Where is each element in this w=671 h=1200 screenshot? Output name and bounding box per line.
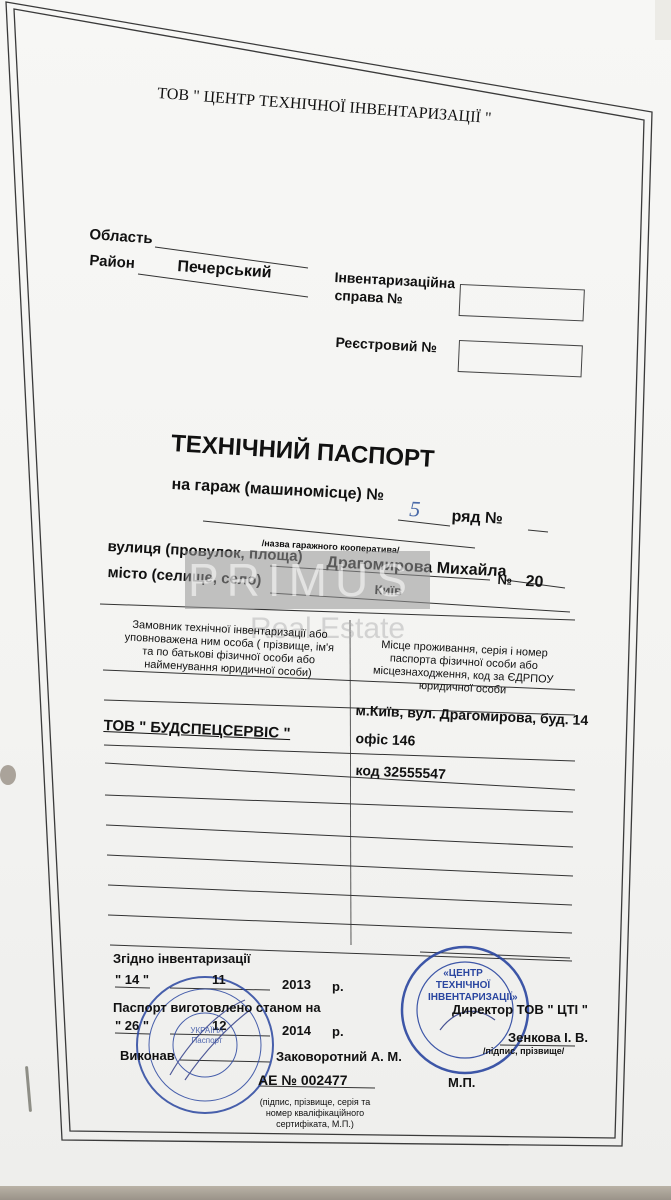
inventory-year-suffix: р. <box>332 979 344 994</box>
house-no-value: 20 <box>525 573 544 592</box>
left-stamp-text: УКРАЇНА Паспорт <box>182 1026 232 1046</box>
executor-caption: (підпис, прізвище, серія та номер кваліф… <box>250 1097 380 1130</box>
row-label: ряд № <box>451 508 503 529</box>
seal-label: М.П. <box>448 1075 475 1090</box>
inventory-month: 11 <box>212 972 226 987</box>
inventory-label: Згідно інвентаризації <box>113 951 251 966</box>
desk-surface <box>0 1186 671 1200</box>
watermark-brand: PRIMUS <box>188 553 415 607</box>
passport-year: 2014 <box>282 1023 311 1038</box>
passport-year-suffix: р. <box>332 1024 344 1039</box>
certificate-number: АЕ № 002477 <box>258 1072 348 1088</box>
director-caption: /підпис, прізвище/ <box>483 1046 564 1056</box>
garage-number: 5 <box>409 496 421 523</box>
registry-field[interactable] <box>458 340 583 377</box>
inventory-case-field[interactable] <box>459 284 585 321</box>
executor-name: Заковоротний А. М. <box>276 1049 402 1064</box>
director-label: Директор ТОВ " ЦТІ " <box>452 1002 588 1017</box>
inventory-year: 2013 <box>282 977 311 992</box>
table-header-address: Місце проживання, серія і номер паспорта… <box>362 638 564 700</box>
director-name: Зенкова І. В. <box>508 1030 588 1045</box>
executed-label: Виконав <box>120 1048 175 1063</box>
passport-label: Паспорт виготовлено станом на <box>113 1000 321 1015</box>
district-label: Район <box>89 252 136 272</box>
right-stamp-text: «ЦЕНТР ТЕХНІЧНОЇ ІНВЕНТАРИЗАЦІЇ» <box>428 968 498 1004</box>
inventory-day: " 14 " <box>115 972 149 987</box>
passport-day: " 26 " <box>115 1018 149 1033</box>
address-line-2: офіс 146 <box>355 730 415 749</box>
house-no-label: № <box>497 572 512 588</box>
